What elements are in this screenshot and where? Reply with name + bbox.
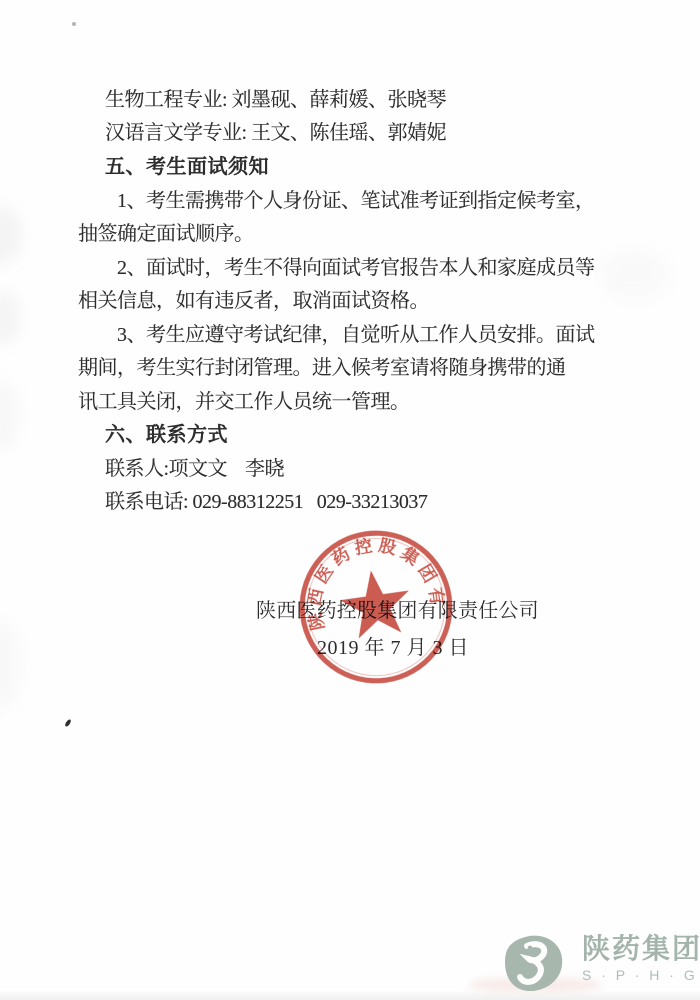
scan-speck	[72, 22, 76, 26]
official-seal-stamp: 陕西医药控股集团有限责任公司	[283, 514, 468, 699]
line-note-1b: 抽签确定面试顺序。	[78, 222, 254, 246]
scan-smudge	[0, 380, 18, 450]
scan-smudge	[0, 290, 21, 345]
pen-tick-mark	[64, 719, 71, 728]
line-chinese-majors: 汉语言文学专业: 王文、陈佳瑶、郭婧妮	[105, 121, 446, 145]
line-note-3c: 讯工具关闭，并交工作人员统一管理。	[78, 390, 410, 414]
line-note-2b: 相关信息，如有违反者，取消面试资格。	[78, 289, 429, 313]
logo-pebble-icon	[500, 933, 570, 993]
heading-interview-notes: 五、考生面试须知	[105, 155, 269, 179]
company-logo: 陕药集团 S · P · H · G	[500, 933, 700, 993]
scanned-document-page: 生物工程专业: 刘墨砚、薛莉媛、张晓琴 汉语言文学专业: 王文、陈佳瑶、郭婧妮 …	[0, 0, 700, 1000]
logo-name-english: S · P · H · G	[582, 967, 700, 983]
line-note-1a: 1、考生需携带个人身份证、笔试准考证到指定候考室，	[117, 189, 595, 213]
line-bioengineering-majors: 生物工程专业: 刘墨砚、薛莉媛、张晓琴	[105, 88, 446, 112]
line-note-2a: 2、面试时，考生不得向面试考官报告本人和家庭成员等	[117, 256, 595, 280]
logo-name-chinese: 陕药集团	[582, 933, 700, 965]
seal-star-icon	[336, 566, 414, 641]
line-note-3b: 期间，考生实行封闭管理。进入候考室请将随身携带的通	[78, 356, 566, 380]
line-note-3a: 3、考生应遵守考试纪律，自觉听从工作人员安排。面试	[117, 323, 595, 347]
line-contact-phone: 联系电话: 029-88312251 029-33213037	[105, 490, 427, 514]
scan-smudge	[0, 620, 20, 710]
line-contact-person: 联系人:项文文 李晓	[105, 457, 284, 481]
scan-smudge	[600, 250, 670, 300]
heading-contact-info: 六、联系方式	[105, 423, 228, 447]
scan-smudge	[0, 205, 22, 265]
